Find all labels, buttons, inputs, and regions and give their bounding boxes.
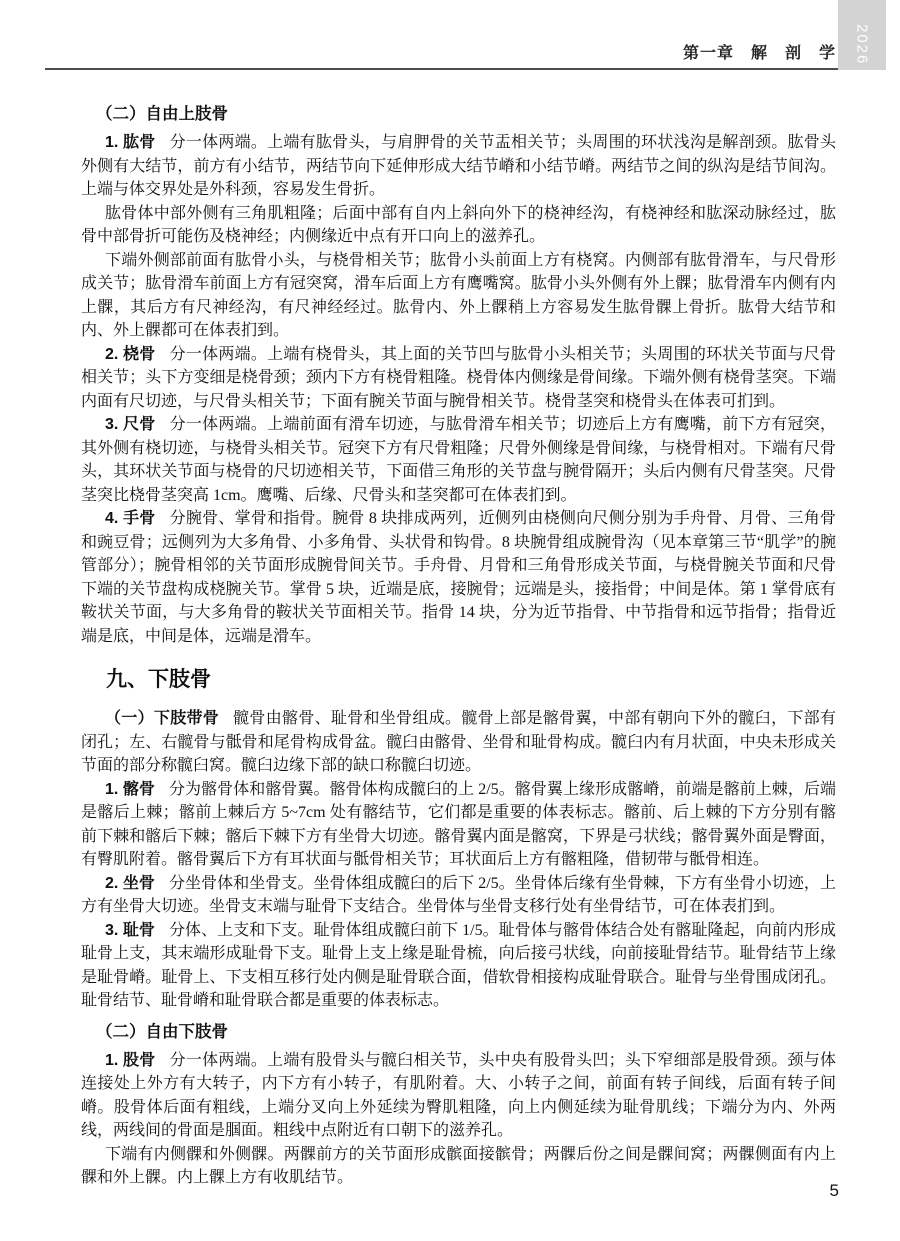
paragraph-text: 分一体两端。上端有肱骨头，与肩胛骨的关节盂相关节；头周围的环状浅沟是解剖颈。肱骨…: [81, 134, 836, 198]
paragraph-text: 分为髂骨体和髂骨翼。髂骨体构成髋臼的上 2/5。髂骨翼上缘形成髂嵴，前端是髂前上…: [81, 781, 836, 869]
paragraph-humerus-shaft: 肱骨体中部外侧有三角肌粗隆；后面中部有自内上斜向外下的桡神经沟，有桡神经和肱深动…: [81, 202, 836, 249]
term-label-femur: 1. 股骨: [105, 1052, 156, 1069]
term-label-pubis: 3. 耻骨: [105, 922, 155, 939]
paragraph-text: 分腕骨、掌骨和指骨。腕骨 8 块排成两列，近侧列由桡侧向尺侧分别为手舟骨、月骨、…: [81, 510, 836, 645]
term-label-hand-bones: 4. 手骨: [105, 510, 156, 527]
term-label-radius: 2. 桡骨: [105, 346, 156, 363]
edition-year-label: 2026: [854, 24, 871, 70]
section-heading-lower-limb-bones: 九、下肢骨: [81, 667, 836, 693]
subsection-heading-free-lower-limb: （二）自由下肢骨: [81, 1020, 836, 1044]
paragraph-humerus-lower-end: 下端外侧部前面有肱骨小头，与桡骨相关节；肱骨小头前面上方有桡窝。内侧部有肱骨滑车…: [81, 249, 836, 343]
term-label-pelvic-girdle: （一）下肢带骨: [105, 710, 219, 727]
term-label-humerus: 1. 肱骨: [105, 134, 156, 151]
page-number: 5: [830, 1181, 839, 1201]
paragraph-femur: 1. 股骨分一体两端。上端有股骨头与髋臼相关节，头中央有股骨头凹；头下窄细部是股…: [81, 1049, 836, 1143]
paragraph-text: 分一体两端。上端有股骨头与髋臼相关节，头中央有股骨头凹；头下窄细部是股骨颈。颈与…: [81, 1052, 836, 1140]
term-label-ulna: 3. 尺骨: [105, 416, 156, 433]
paragraph-radius: 2. 桡骨分一体两端。上端有桡骨头，其上面的关节凹与肱骨小头相关节；头周围的环状…: [81, 343, 836, 414]
paragraph-text: 肱骨体中部外侧有三角肌粗隆；后面中部有自内上斜向外下的桡神经沟，有桡神经和肱深动…: [81, 205, 836, 246]
paragraph-ilium: 1. 髂骨分为髂骨体和髂骨翼。髂骨体构成髋臼的上 2/5。髂骨翼上缘形成髂嵴，前…: [81, 778, 836, 872]
paragraph-text: 分一体两端。上端有桡骨头，其上面的关节凹与肱骨小头相关节；头周围的环状关节面与尺…: [81, 346, 836, 410]
term-label-ilium: 1. 髂骨: [105, 781, 155, 798]
paragraph-ulna: 3. 尺骨分一体两端。上端前面有滑车切迹，与肱骨滑车相关节；切迹后上方有鹰嘴，前…: [81, 413, 836, 507]
textbook-page: 2026 第一章 解 剖 学 （二）自由上肢骨 1. 肱骨分一体两端。上端有肱骨…: [0, 0, 900, 1241]
paragraph-text: 下端外侧部前面有肱骨小头，与桡骨相关节；肱骨小头前面上方有桡窝。内侧部有肱骨滑车…: [81, 252, 836, 340]
paragraph-hand-bones: 4. 手骨分腕骨、掌骨和指骨。腕骨 8 块排成两列，近侧列由桡侧向尺侧分别为手舟…: [81, 507, 836, 648]
page-header: 第一章 解 剖 学: [683, 40, 836, 63]
paragraph-text: 分体、上支和下支。耻骨体组成髋臼前下 1/5。耻骨体与髂骨体结合处有髂耻隆起，向…: [81, 922, 836, 1010]
paragraph-text: 下端有内侧髁和外侧髁。两髁前方的关节面形成髌面接髌骨；两髁后份之间是髁间窝；两髁…: [81, 1146, 836, 1187]
paragraph-ischium: 2. 坐骨分坐骨体和坐骨支。坐骨体组成髋臼的后下 2/5。坐骨体后缘有坐骨棘，下…: [81, 872, 836, 919]
paragraph-text: 分坐骨体和坐骨支。坐骨体组成髋臼的后下 2/5。坐骨体后缘有坐骨棘，下方有坐骨小…: [81, 875, 836, 916]
page-content: （二）自由上肢骨 1. 肱骨分一体两端。上端有肱骨头，与肩胛骨的关节盂相关节；头…: [81, 95, 836, 1190]
paragraph-pubis: 3. 耻骨分体、上支和下支。耻骨体组成髋臼前下 1/5。耻骨体与髂骨体结合处有髂…: [81, 919, 836, 1013]
edition-tab: 2026: [838, 0, 886, 70]
paragraph-femur-lower-end: 下端有内侧髁和外侧髁。两髁前方的关节面形成髌面接髌骨；两髁后份之间是髁间窝；两髁…: [81, 1143, 836, 1190]
header-rule: [45, 68, 838, 70]
paragraph-pelvic-girdle: （一）下肢带骨髋骨由髂骨、耻骨和坐骨组成。髋骨上部是髂骨翼，中部有朝向下外的髋臼…: [81, 707, 836, 778]
chapter-title: 第一章 解 剖 学: [683, 45, 836, 62]
paragraph-text: 分一体两端。上端前面有滑车切迹，与肱骨滑车相关节；切迹后上方有鹰嘴，前下方有冠突…: [81, 416, 836, 504]
term-label-ischium: 2. 坐骨: [105, 875, 155, 892]
subsection-heading-free-upper-limb: （二）自由上肢骨: [81, 102, 836, 126]
paragraph-humerus: 1. 肱骨分一体两端。上端有肱骨头，与肩胛骨的关节盂相关节；头周围的环状浅沟是解…: [81, 131, 836, 202]
